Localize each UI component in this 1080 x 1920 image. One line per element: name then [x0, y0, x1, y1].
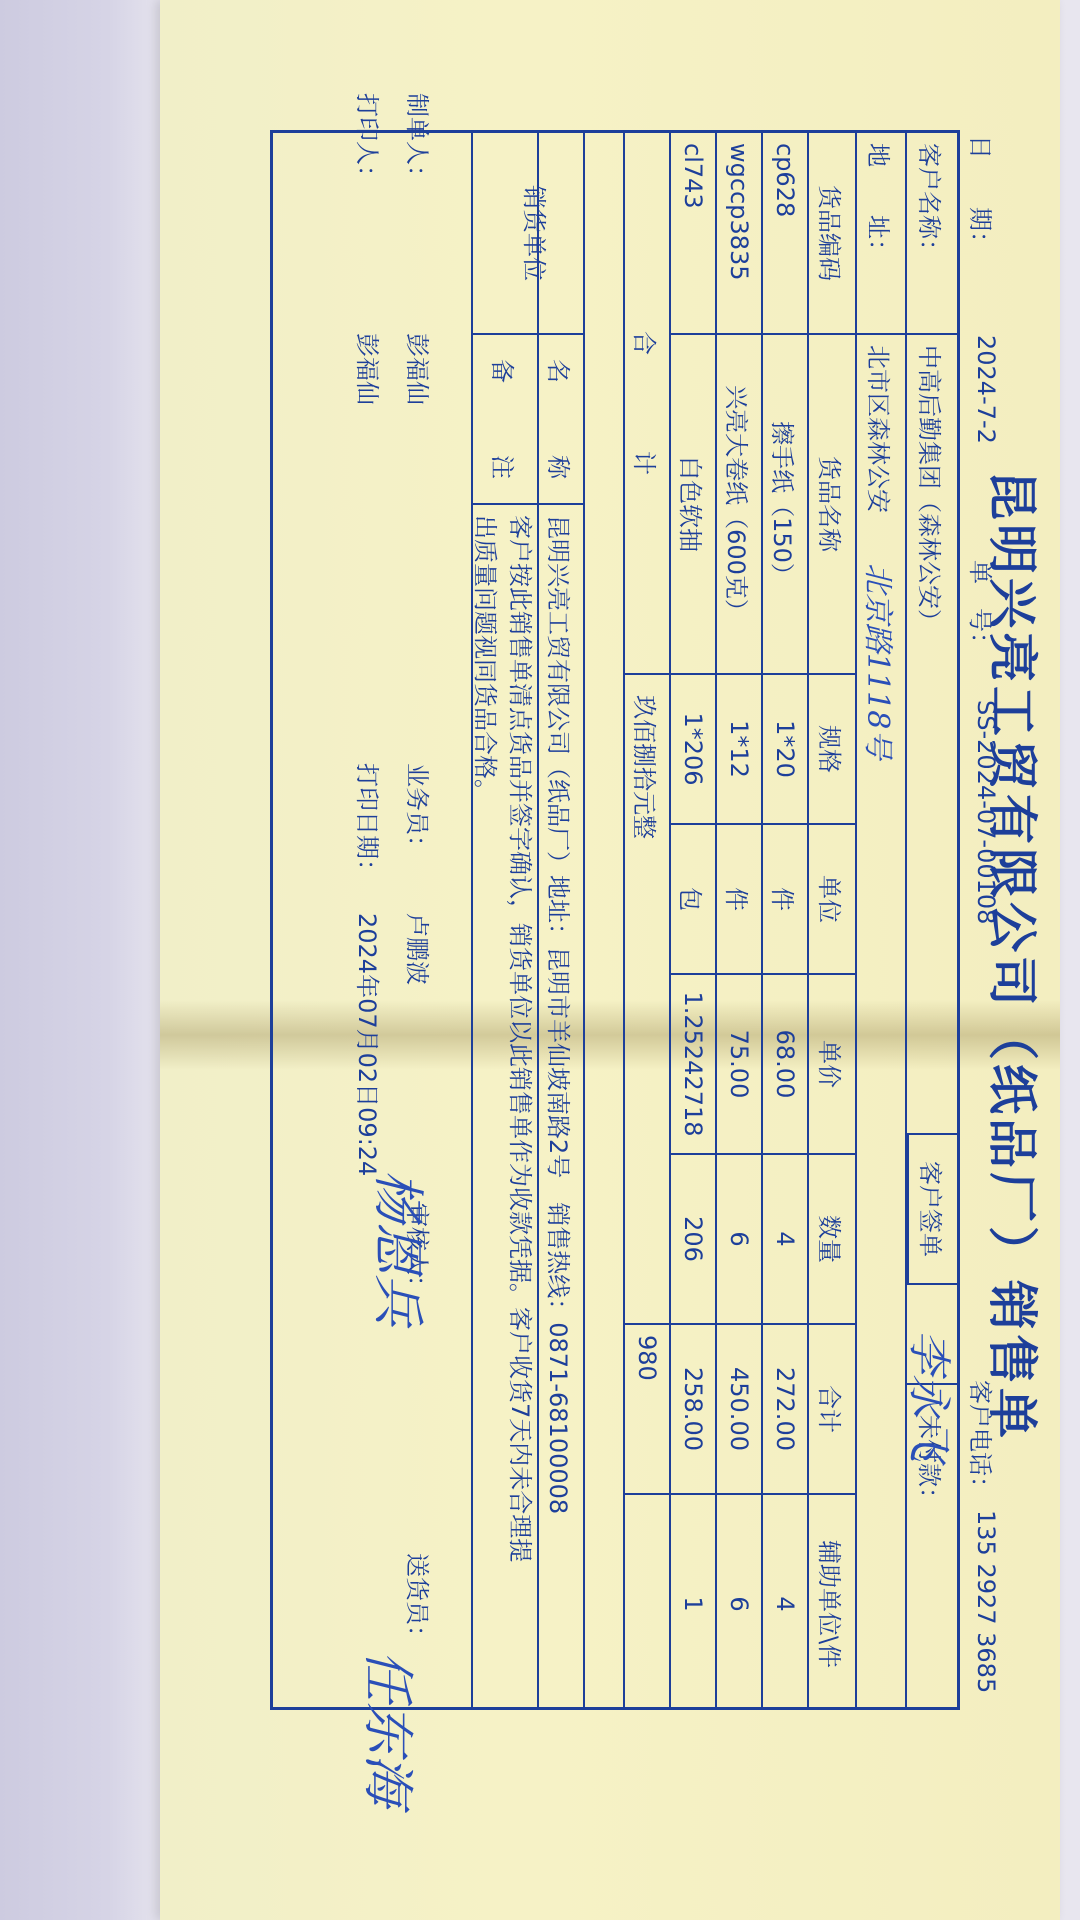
table-row: cp628 擦手纸（150） 1*20 件 68.00 4 272.00 4 — [761, 133, 807, 1707]
customer-signature: 李永飞 — [901, 1330, 965, 1462]
customer-name-label: 客户名称： — [907, 143, 957, 333]
sum-aux-empty — [625, 1493, 669, 1713]
item-name: 擦手纸（150） — [763, 333, 807, 673]
seller-name-label: 名 称 — [539, 333, 583, 503]
remark-line-2: 出质量问题视同货品合格。 — [470, 515, 505, 803]
col-aux-unit: 辅助单位\件 — [809, 1493, 855, 1713]
maker-label: 制单人： — [402, 93, 437, 189]
delivery-label: 送货员： — [402, 1553, 437, 1649]
item-code: cl743 — [671, 143, 715, 333]
print-date-value: 2024年07月02日09:24 — [352, 913, 387, 1176]
item-code: cp628 — [763, 143, 807, 333]
item-unit: 件 — [717, 823, 761, 973]
item-aux: 6 — [717, 1493, 761, 1713]
delivery-signature: 任东海 — [355, 1650, 430, 1806]
customer-name-value: 中高后勤集团（森林公安） — [907, 333, 957, 1133]
col-qty: 数量 — [809, 1153, 855, 1323]
address-value: 北市区森林公安 — [857, 333, 905, 553]
item-total: 450.00 — [717, 1323, 761, 1493]
sum-label: 合 计 — [625, 133, 669, 673]
col-code: 货品编码 — [809, 133, 855, 333]
order-no-value: SS-2024-07-00108 — [972, 700, 1000, 924]
item-name: 白色软抽 — [671, 333, 715, 673]
item-qty: 4 — [763, 1153, 807, 1323]
col-name: 货品名称 — [809, 333, 855, 673]
col-spec: 规格 — [809, 673, 855, 823]
item-name: 兴亮大卷纸（600克） — [717, 333, 761, 673]
sum-total: 980 — [625, 1323, 669, 1493]
sales-receipt: 昆明兴亮工贸有限公司（纸品厂）销售单 日 期： 2024-7-2 单 号： SS… — [160, 0, 1060, 1920]
item-code: wgccp3835 — [717, 143, 761, 333]
item-qty: 6 — [717, 1153, 761, 1323]
salesman-value: 卢鹏波 — [402, 913, 437, 985]
item-total: 258.00 — [671, 1323, 715, 1493]
col-unit: 单位 — [809, 823, 855, 973]
seller-info: 昆明兴亮工贸有限公司（纸品厂）地址：昆明市羊仙坡南路2号 销售热线：0871-6… — [539, 503, 583, 1713]
remark-label: 备 注 — [473, 333, 537, 503]
maker-value: 彭福仙 — [402, 333, 437, 405]
item-price: 1.252427​18 — [671, 973, 715, 1153]
date-value: 2024-7-2 — [972, 335, 1000, 444]
item-aux: 1 — [671, 1493, 715, 1713]
printer-value: 彭福仙 — [352, 333, 387, 405]
item-qty: 206 — [671, 1153, 715, 1323]
order-no-label: 单 号： — [965, 560, 1000, 656]
address-row: 地 址： 北市区森林公安 北京路1118号 — [855, 133, 905, 1707]
receipt-table: 客户名称： 中高后勤集团（森林公安） 客户签单 未付款： 地 址： 北市区森林公… — [270, 130, 960, 1710]
remark-line-1: 客户按此销售单清点货品并签字确认，销货单位以此销售单作为收款凭据。客户收货7天内… — [505, 515, 540, 1562]
blank-row — [583, 133, 623, 1707]
table-row: cl743 白色软抽 1*206 包 1.252427​18 206 258.0… — [669, 133, 715, 1707]
print-date-label: 打印日期： — [352, 763, 387, 883]
item-aux: 4 — [763, 1493, 807, 1713]
printer-label: 打印人： — [352, 93, 387, 189]
remark-row: 备 注 客户按此销售单清点货品并签字确认，销货单位以此销售单作为收款凭据。客户收… — [471, 133, 537, 1707]
customer-name-row: 客户名称： 中高后勤集团（森林公安） 客户签单 未付款： — [905, 133, 957, 1707]
item-spec: 1*20 — [763, 673, 807, 823]
address-label: 地 址： — [857, 143, 905, 333]
sum-words: 玖佰捌拾元整 — [625, 673, 669, 1323]
address-handwritten: 北京路1118号 — [857, 563, 905, 893]
item-price: 68.00 — [763, 973, 807, 1153]
remark-text: 客户按此销售单清点货品并签字确认，销货单位以此销售单作为收款凭据。客户收货7天内… — [473, 503, 537, 1713]
salesman-label: 业务员： — [402, 763, 437, 859]
date-label: 日 期： — [965, 135, 1000, 255]
table-header-row: 货品编码 货品名称 规格 单位 单价 数量 合计 辅助单位\件 — [807, 133, 855, 1707]
col-price: 单价 — [809, 973, 855, 1153]
table-row: wgccp3835 兴亮大卷纸（600克） 1*12 件 75.00 6 450… — [715, 133, 761, 1707]
customer-phone-value: 135 2927 3685 — [972, 1510, 1000, 1693]
customer-phone-label: 客户电话： — [965, 1380, 1000, 1500]
item-total: 272.00 — [763, 1323, 807, 1493]
reviewer-signature: 杨恩兵 — [365, 1170, 440, 1326]
seller-row: 销货单位 名 称 昆明兴亮工贸有限公司（纸品厂）地址：昆明市羊仙坡南路2号 销售… — [537, 133, 583, 1707]
item-spec: 1*206 — [671, 673, 715, 823]
customer-sign-label: 客户签单 — [907, 1133, 957, 1283]
sum-row: 合 计 玖佰捌拾元整 980 — [623, 133, 669, 1707]
item-price: 75.00 — [717, 973, 761, 1153]
item-spec: 1*12 — [717, 673, 761, 823]
item-unit: 件 — [763, 823, 807, 973]
item-unit: 包 — [671, 823, 715, 973]
col-total: 合计 — [809, 1323, 855, 1493]
